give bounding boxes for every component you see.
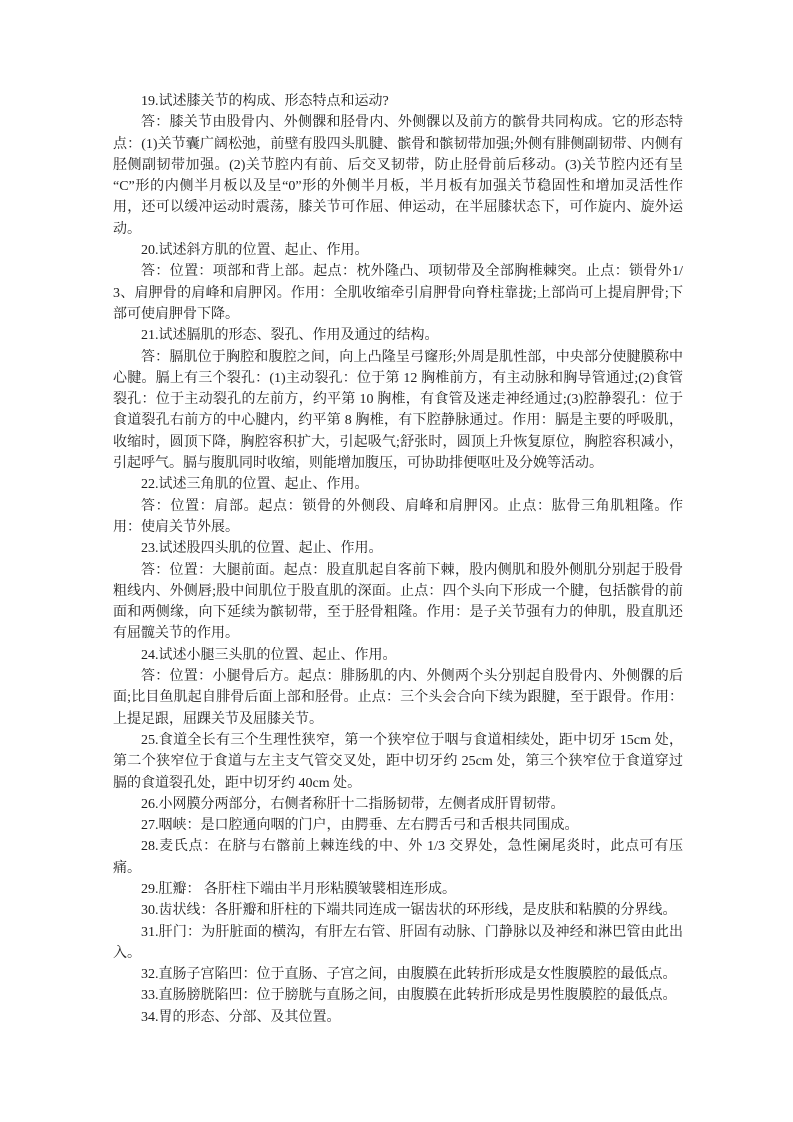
document-text-block: 19.试述膝关节的构成、形态特点和运动? 答：膝关节由股骨内、外侧髁和胫骨内、外… xyxy=(113,91,683,1028)
item-33: 33.直肠膀胱陷凹：位于膀胱与直肠之间，由腹膜在此转折形成是男性腹膜腔的最低点。 xyxy=(113,985,683,1006)
item-27: 27.咽峡：是口腔通向咽的门户，由腭垂、左右腭舌弓和舌根共同围成。 xyxy=(113,815,683,836)
question-19: 19.试述膝关节的构成、形态特点和运动? xyxy=(113,91,683,112)
item-32: 32.直肠子宫陷凹：位于直肠、子宫之间，由腹膜在此转折形成是女性腹膜腔的最低点。 xyxy=(113,964,683,985)
question-24: 24.试述小腿三头肌的位置、起止、作用。 xyxy=(113,645,683,666)
item-26: 26.小网膜分两部分，右侧者称肝十二指肠韧带，左侧者成肝胃韧带。 xyxy=(113,794,683,815)
document-page: 19.试述膝关节的构成、形态特点和运动? 答：膝关节由股骨内、外侧髁和胫骨内、外… xyxy=(0,0,793,1122)
question-20: 20.试述斜方肌的位置、起止、作用。 xyxy=(113,240,683,261)
answer-21: 答：膈肌位于胸腔和腹腔之间，向上凸隆呈弓窿形;外周是肌性部，中央部分使腱膜称中心… xyxy=(113,347,683,475)
item-30: 30.齿状线：各肝瓣和肝柱的下端共同连成一锯齿状的环形线，是皮肤和粘膜的分界线。 xyxy=(113,900,683,921)
answer-22: 答：位置：肩部。起点：锁骨的外侧段、肩峰和肩胛冈。止点：肱骨三角肌粗隆。作用：使… xyxy=(113,496,683,539)
question-21: 21.试述膈肌的形态、裂孔、作用及通过的结构。 xyxy=(113,325,683,346)
question-22: 22.试述三角肌的位置、起止、作用。 xyxy=(113,474,683,495)
answer-20: 答：位置：项部和背上部。起点：枕外隆凸、项韧带及全部胸椎棘突。止点：锁骨外1/3… xyxy=(113,261,683,325)
item-31: 31.肝门：为肝脏面的横沟，有肝左右管、肝固有动脉、门静脉以及神经和淋巴管由此出… xyxy=(113,922,683,965)
item-28: 28.麦氏点：在脐与右髂前上棘连线的中、外 1/3 交界处，急性阑尾炎时，此点可… xyxy=(113,836,683,879)
answer-23: 答：位置：大腿前面。起点：股直肌起自客前下棘，股内侧肌和股外侧肌分别起于股骨粗线… xyxy=(113,560,683,645)
question-23: 23.试述股四头肌的位置、起止、作用。 xyxy=(113,538,683,559)
item-34: 34.胃的形态、分部、及其位置。 xyxy=(113,1007,683,1028)
item-25: 25.食道全长有三个生理性狭窄，第一个狭窄位于咽与食道相续处，距中切牙 15cm… xyxy=(113,730,683,794)
item-29: 29.肛瓣： 各肝柱下端由半月形粘膜皱襞相连形成。 xyxy=(113,879,683,900)
answer-19: 答：膝关节由股骨内、外侧髁和胫骨内、外侧髁以及前方的髌骨共同构成。它的形态特点：… xyxy=(113,112,683,240)
answer-24: 答：位置：小腿骨后方。起点：腓肠肌的内、外侧两个头分别起自股骨内、外侧髁的后面;… xyxy=(113,666,683,730)
